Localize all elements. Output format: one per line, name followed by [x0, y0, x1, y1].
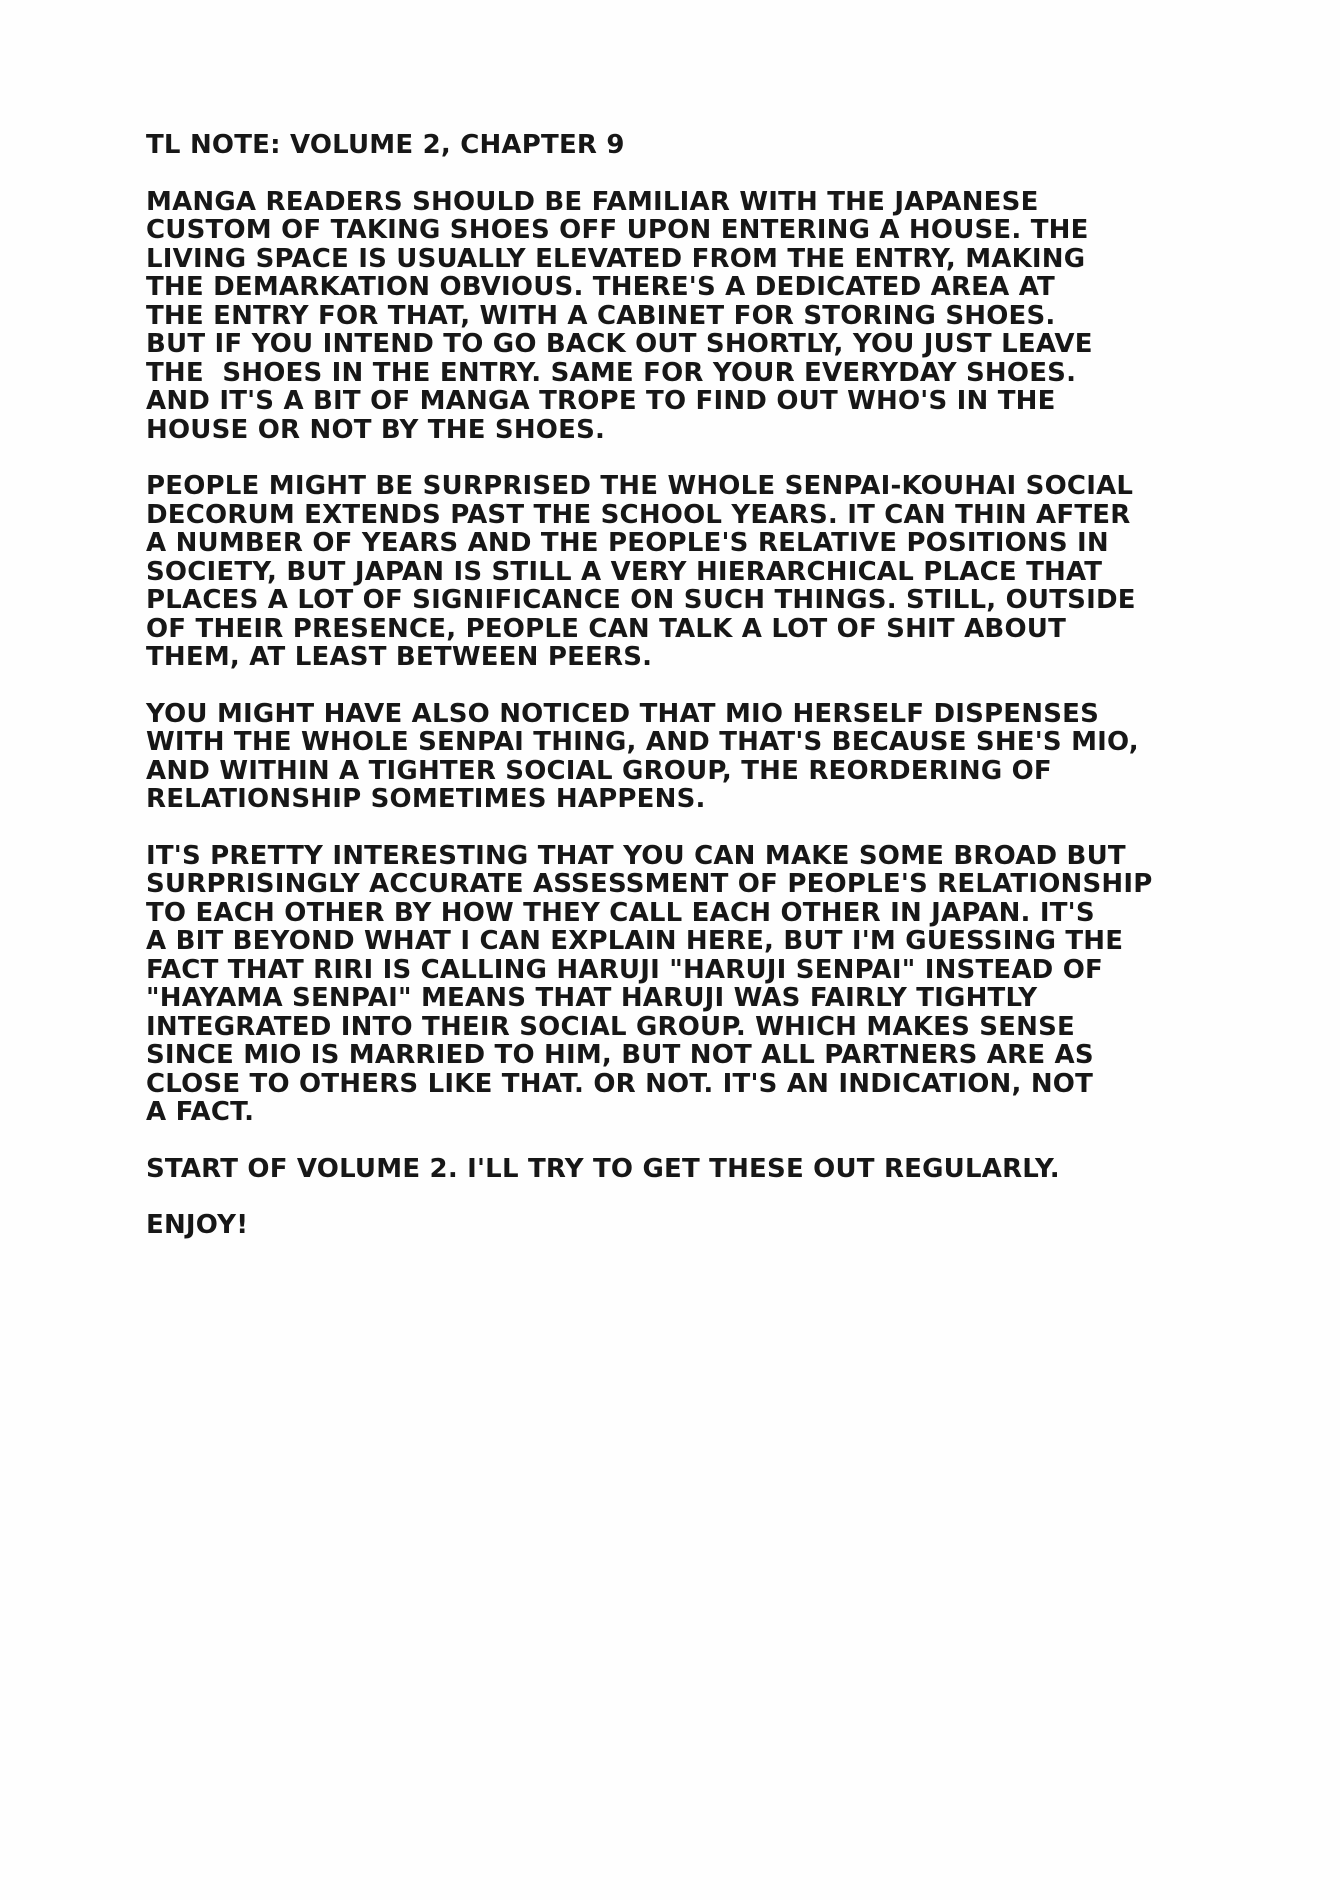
text-line: SOCIETY, BUT JAPAN IS STILL A VERY HIERA…: [146, 558, 1280, 587]
paragraph: MANGA READERS SHOULD BE FAMILIAR WITH TH…: [146, 188, 1280, 445]
text-line: YOU MIGHT HAVE ALSO NOTICED THAT MIO HER…: [146, 700, 1280, 729]
text-line: CLOSE TO OTHERS LIKE THAT. OR NOT. IT'S …: [146, 1070, 1280, 1099]
text-line: DECORUM EXTENDS PAST THE SCHOOL YEARS. I…: [146, 501, 1280, 530]
text-line: THE SHOES IN THE ENTRY. SAME FOR YOUR EV…: [146, 359, 1280, 388]
text-line: A FACT.: [146, 1098, 1280, 1127]
paragraph: IT'S PRETTY INTERESTING THAT YOU CAN MAK…: [146, 842, 1280, 1127]
text-line: FACT THAT RIRI IS CALLING HARUJI "HARUJI…: [146, 956, 1280, 985]
text-line: PEOPLE MIGHT BE SURPRISED THE WHOLE SENP…: [146, 472, 1280, 501]
text-line: INTEGRATED INTO THEIR SOCIAL GROUP. WHIC…: [146, 1013, 1280, 1042]
text-line: LIVING SPACE IS USUALLY ELEVATED FROM TH…: [146, 245, 1280, 274]
paragraph: ENJOY!: [146, 1211, 1280, 1240]
note-body: MANGA READERS SHOULD BE FAMILIAR WITH TH…: [146, 188, 1280, 1240]
text-line: PLACES A LOT OF SIGNIFICANCE ON SUCH THI…: [146, 586, 1280, 615]
text-line: TO EACH OTHER BY HOW THEY CALL EACH OTHE…: [146, 899, 1280, 928]
text-line: CUSTOM OF TAKING SHOES OFF UPON ENTERING…: [146, 216, 1280, 245]
text-line: WITH THE WHOLE SENPAI THING, AND THAT'S …: [146, 728, 1280, 757]
text-line: THE DEMARKATION OBVIOUS. THERE'S A DEDIC…: [146, 273, 1280, 302]
paragraph: YOU MIGHT HAVE ALSO NOTICED THAT MIO HER…: [146, 700, 1280, 814]
page-title: TL NOTE: VOLUME 2, CHAPTER 9: [146, 131, 1280, 160]
text-line: OF THEIR PRESENCE, PEOPLE CAN TALK A LOT…: [146, 615, 1280, 644]
text-line: A BIT BEYOND WHAT I CAN EXPLAIN HERE, BU…: [146, 927, 1280, 956]
text-line: HOUSE OR NOT BY THE SHOES.: [146, 416, 1280, 445]
text-line: THEM, AT LEAST BETWEEN PEERS.: [146, 643, 1280, 672]
text-line: AND IT'S A BIT OF MANGA TROPE TO FIND OU…: [146, 387, 1280, 416]
paragraph: PEOPLE MIGHT BE SURPRISED THE WHOLE SENP…: [146, 472, 1280, 672]
tl-note-page: TL NOTE: VOLUME 2, CHAPTER 9 MANGA READE…: [0, 0, 1340, 1900]
text-line: "HAYAMA SENPAI" MEANS THAT HARUJI WAS FA…: [146, 984, 1280, 1013]
text-line: MANGA READERS SHOULD BE FAMILIAR WITH TH…: [146, 188, 1280, 217]
text-line: THE ENTRY FOR THAT, WITH A CABINET FOR S…: [146, 302, 1280, 331]
text-line: SURPRISINGLY ACCURATE ASSESSMENT OF PEOP…: [146, 870, 1280, 899]
text-line: SINCE MIO IS MARRIED TO HIM, BUT NOT ALL…: [146, 1041, 1280, 1070]
text-line: AND WITHIN A TIGHTER SOCIAL GROUP, THE R…: [146, 757, 1280, 786]
paragraph: START OF VOLUME 2. I'LL TRY TO GET THESE…: [146, 1155, 1280, 1184]
text-line: BUT IF YOU INTEND TO GO BACK OUT SHORTLY…: [146, 330, 1280, 359]
text-line: START OF VOLUME 2. I'LL TRY TO GET THESE…: [146, 1155, 1280, 1184]
text-line: RELATIONSHIP SOMETIMES HAPPENS.: [146, 785, 1280, 814]
text-line: ENJOY!: [146, 1211, 1280, 1240]
text-line: A NUMBER OF YEARS AND THE PEOPLE'S RELAT…: [146, 529, 1280, 558]
text-line: IT'S PRETTY INTERESTING THAT YOU CAN MAK…: [146, 842, 1280, 871]
